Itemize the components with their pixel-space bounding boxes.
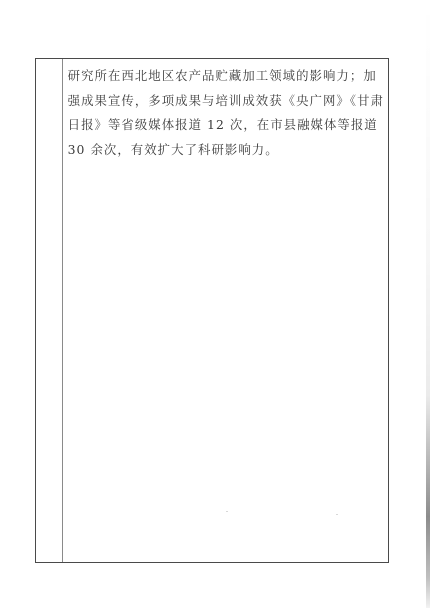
scan-speck: [336, 514, 338, 515]
table-label-cell: [36, 59, 63, 562]
document-page: 研究所在西北地区农产品贮藏加工领域的影响力；加 强成果宣传，多项成果与培训成效获…: [0, 0, 430, 608]
scan-speck: [226, 511, 228, 512]
table-content-cell: 研究所在西北地区农产品贮藏加工领域的影响力；加 强成果宣传，多项成果与培训成效获…: [63, 59, 388, 562]
paragraph-line-2: 强成果宣传，多项成果与培训成效获《央广网》《甘肃: [68, 89, 384, 114]
paragraph-line-3: 日报》等省级媒体报道 12 次，在市县融媒体等报道: [68, 113, 384, 138]
content-paragraph: 研究所在西北地区农产品贮藏加工领域的影响力；加 强成果宣传，多项成果与培训成效获…: [68, 64, 384, 162]
page-edge-shadow: [426, 0, 430, 608]
paragraph-line-4: 30 余次，有效扩大了科研影响力。: [68, 138, 384, 163]
paragraph-line-1: 研究所在西北地区农产品贮藏加工领域的影响力；加: [68, 64, 384, 89]
content-table: 研究所在西北地区农产品贮藏加工领域的影响力；加 强成果宣传，多项成果与培训成效获…: [35, 58, 389, 563]
